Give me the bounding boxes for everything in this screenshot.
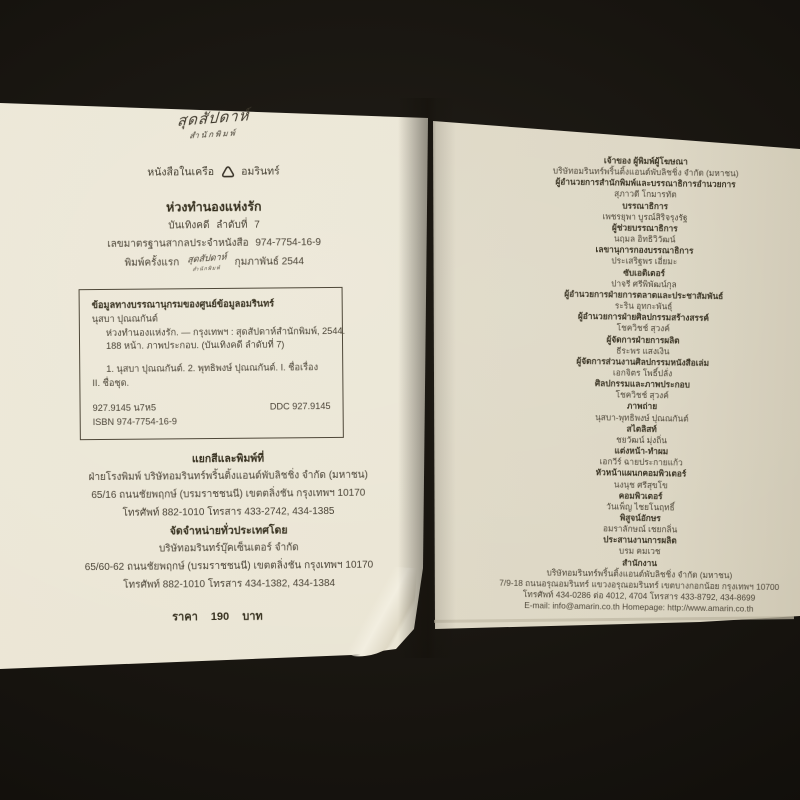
office-lines: บริษัทอมรินทร์พริ้นติ้งแอนด์พับลิชชิ่ง จ… bbox=[455, 566, 800, 616]
cataloging-lines: นุสบา ปุณณกันต์ ห่วงทำนองแห่งรัก. — กรุง… bbox=[92, 311, 331, 391]
series-line-publisher: อมรินทร์ bbox=[241, 162, 280, 179]
credits-list: เจ้าของ ผู้พิมพ์ผู้โฆษณา บริษัทอมรินทร์พ… bbox=[456, 153, 800, 560]
series-line: หนังสือในเครือ อมรินทร์ bbox=[0, 161, 429, 182]
publisher-script-logo: สุดสัปดาห์ สำนักพิมพ์ bbox=[0, 108, 428, 143]
printer-lines: ฝ่ายโรงพิมพ์ บริษัทอมรินทร์พริ้นติ้งแอนด… bbox=[13, 466, 443, 524]
edition-prefix: พิมพ์ครั้งแรก bbox=[125, 255, 180, 270]
title-block: ห่วงทำนองแห่งรัก บันเทิงคดี ลำดับที่ 7 เ… bbox=[0, 196, 429, 255]
series-line-prefix: หนังสือในเครือ bbox=[147, 163, 214, 181]
publisher-script-logo-text: สุดสัปดาห์ bbox=[176, 108, 249, 128]
right-page-content: เจ้าของ ผู้พิมพ์ผู้โฆษณา บริษัทอมรินทร์พ… bbox=[455, 153, 800, 616]
left-page-content: สุดสัปดาห์ สำนักพิมพ์ หนังสือในเครือ อมร… bbox=[0, 0, 433, 682]
call-number: 927.9145 น7ห5 bbox=[93, 401, 157, 415]
cataloging-line: 188 หน้า. ภาพประกอบ. (บันเทิงคดี ลำดับที… bbox=[92, 338, 330, 354]
cataloging-line: II. ชื่อชุด. bbox=[92, 375, 330, 391]
mini-logo-subtext: สำนักพิมพ์ bbox=[193, 265, 222, 274]
edition-line: พิมพ์ครั้งแรก สุดสัปดาห์ สำนักพิมพ์ กุมภ… bbox=[0, 250, 429, 275]
distributor-line: โทรศัพท์ 882-1010 โทรสาร 434-1382, 434-1… bbox=[14, 574, 444, 596]
isbn-number: ISBN 974-7754-16-9 bbox=[93, 414, 331, 430]
distributor-lines: บริษัทอมรินทร์บุ๊คเซ็นเตอร์ จำกัด 65/60-… bbox=[14, 538, 444, 596]
amarin-triangle-icon bbox=[221, 165, 234, 177]
book-photo: สุดสัปดาห์ สำนักพิมพ์ หนังสือในเครือ อมร… bbox=[0, 0, 800, 800]
cataloging-codes-row: 927.9145 น7ห5 DDC 927.9145 bbox=[93, 400, 331, 416]
printing-block: แยกสีและพิมพ์ที่ ฝ่ายโรงพิมพ์ บริษัทอมริ… bbox=[13, 448, 444, 596]
publisher-mini-script-logo: สุดสัปดาห์ สำนักพิมพ์ bbox=[187, 252, 227, 273]
price: ราคา 190 บาท bbox=[2, 605, 432, 627]
ddc-number: DDC 927.9145 bbox=[270, 400, 331, 414]
cataloging-line: ห่วงทำนองแห่งรัก. — กรุงเทพฯ : สุดสัปดาห… bbox=[92, 325, 330, 341]
office-block: สำนักงาน บริษัทอมรินทร์พริ้นติ้งแอนด์พับ… bbox=[455, 555, 800, 617]
cataloging-box: ข้อมูลทางบรรณานุกรมของศูนย์ข้อมูลอมรินทร… bbox=[79, 287, 344, 441]
cataloging-line: 1. นุสบา ปุณณกันต์. 2. พุทธิพงษ์ ปุณณกัน… bbox=[92, 361, 330, 377]
edition-date: กุมภาพันธ์ 2544 bbox=[235, 254, 305, 270]
